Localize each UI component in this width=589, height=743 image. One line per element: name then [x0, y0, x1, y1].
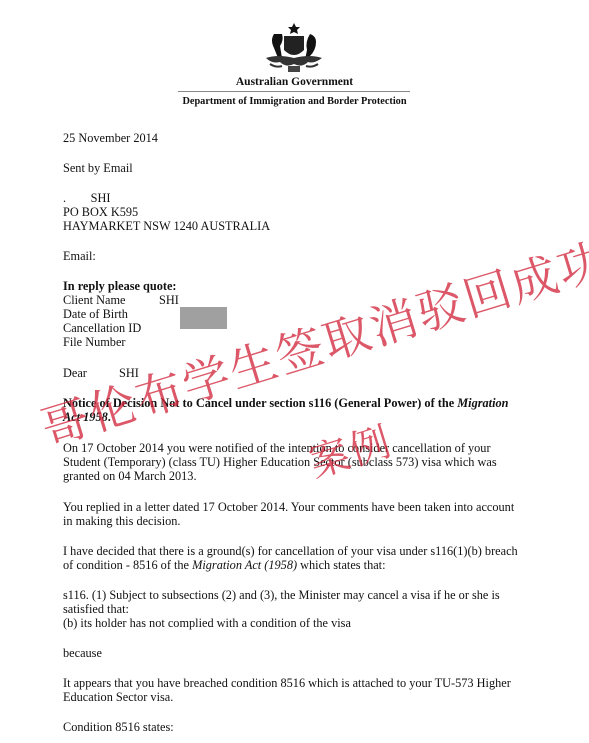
- paragraph-breach: It appears that you have breached condit…: [63, 676, 523, 704]
- paragraph-notification: On 17 October 2014 you were notified of …: [63, 441, 523, 483]
- salutation-name: SHI: [119, 366, 139, 380]
- email-label: Email:: [63, 249, 96, 263]
- reference-label: File Number: [63, 335, 159, 349]
- recipient-address-line1: PO BOX K595: [63, 205, 138, 219]
- salutation-word: Dear: [63, 366, 119, 380]
- reply-heading: In reply please quote:: [63, 279, 177, 293]
- paragraph-s116: s116. (1) Subject to subsections (2) and…: [63, 588, 523, 616]
- header-divider: [178, 91, 410, 92]
- paragraph-reply: You replied in a letter dated 17 October…: [63, 500, 523, 528]
- commonwealth-coat-of-arms-icon: [262, 22, 326, 74]
- paragraph-because: because: [63, 646, 523, 660]
- subject-end: .: [108, 410, 111, 424]
- reference-label: Client Name: [63, 293, 159, 307]
- reference-cancellation-id: Cancellation ID: [63, 321, 159, 335]
- paragraph-decision: I have decided that there is a ground(s)…: [63, 544, 523, 572]
- redaction-box: [180, 307, 227, 329]
- decision-act: Migration Act (1958): [192, 558, 297, 572]
- reference-file-number: File Number: [63, 335, 159, 349]
- government-title: Australian Government: [0, 76, 589, 88]
- reference-value: SHI: [159, 293, 179, 307]
- reference-client-name: Client NameSHI: [63, 293, 179, 307]
- paragraph-condition: Condition 8516 states:: [63, 720, 523, 734]
- salutation: DearSHI: [63, 366, 139, 380]
- reference-date-of-birth: Date of Birth: [63, 307, 159, 321]
- letter-date: 25 November 2014: [63, 131, 158, 145]
- decision-text-end: which states that:: [297, 558, 385, 572]
- recipient-name: . SHI: [63, 191, 110, 205]
- sent-by: Sent by Email: [63, 161, 133, 175]
- reference-label: Cancellation ID: [63, 321, 159, 335]
- department-title: Department of Immigration and Border Pro…: [0, 96, 589, 107]
- recipient-address-line2: HAYMARKET NSW 1240 AUSTRALIA: [63, 219, 270, 233]
- reference-label: Date of Birth: [63, 307, 159, 321]
- paragraph-s116-b: (b) its holder has not complied with a c…: [63, 616, 523, 630]
- subject-text: Notice of Decision Not to Cancel under s…: [63, 396, 457, 410]
- subject-line: Notice of Decision Not to Cancel under s…: [63, 396, 523, 424]
